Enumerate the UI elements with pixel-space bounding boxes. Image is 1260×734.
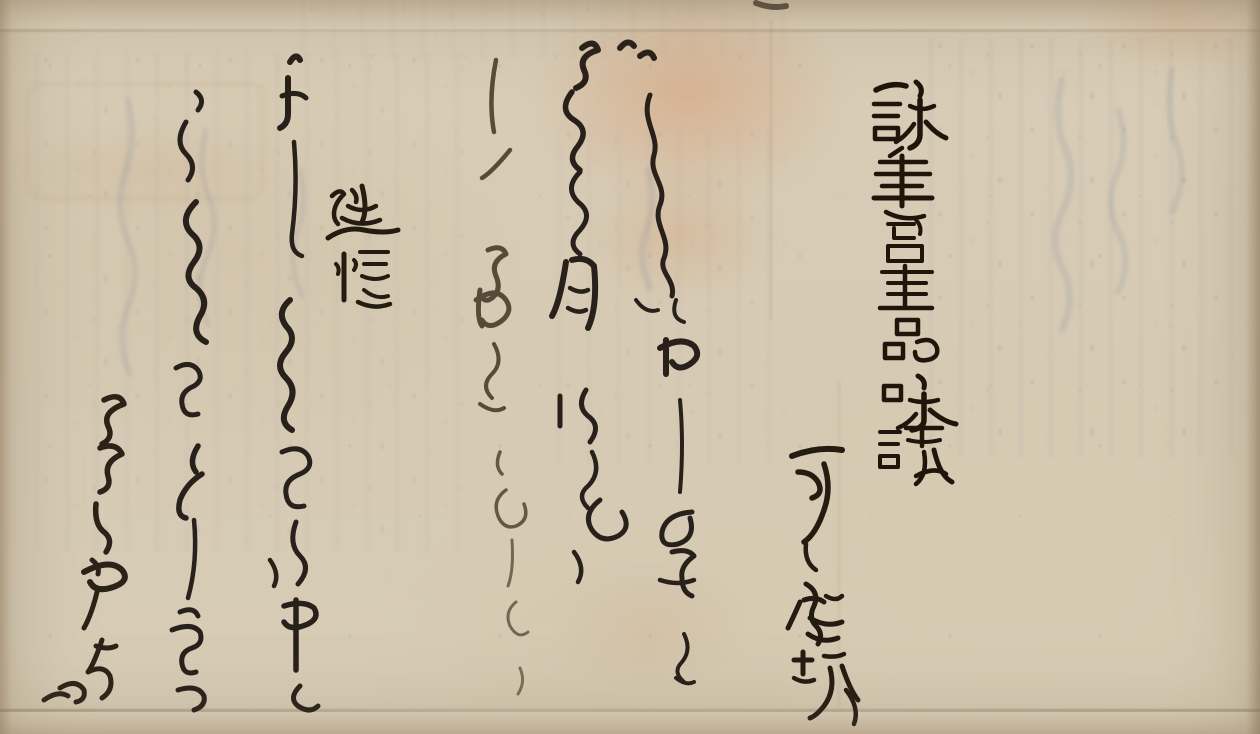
topic-label-column <box>328 186 398 307</box>
edge-smudge <box>756 3 786 7</box>
showthrough-ghost-strokes <box>120 70 1182 374</box>
poem-column-4 <box>270 56 318 710</box>
poem-column-1 <box>620 42 697 683</box>
poem-column-3 <box>476 60 528 694</box>
signature-column <box>788 449 858 724</box>
poem-column-5 <box>172 92 206 710</box>
poem-column-6 <box>44 397 125 702</box>
manuscript-photo: 詠壽量品咏謌 河〻隆親 いつとなくわしのみやまの までも月かけいりぬとて しをゆ… <box>0 0 1260 734</box>
title-column <box>874 82 956 484</box>
calligraphy-ink-layer <box>0 0 1260 734</box>
poem-column-2 <box>552 43 626 582</box>
